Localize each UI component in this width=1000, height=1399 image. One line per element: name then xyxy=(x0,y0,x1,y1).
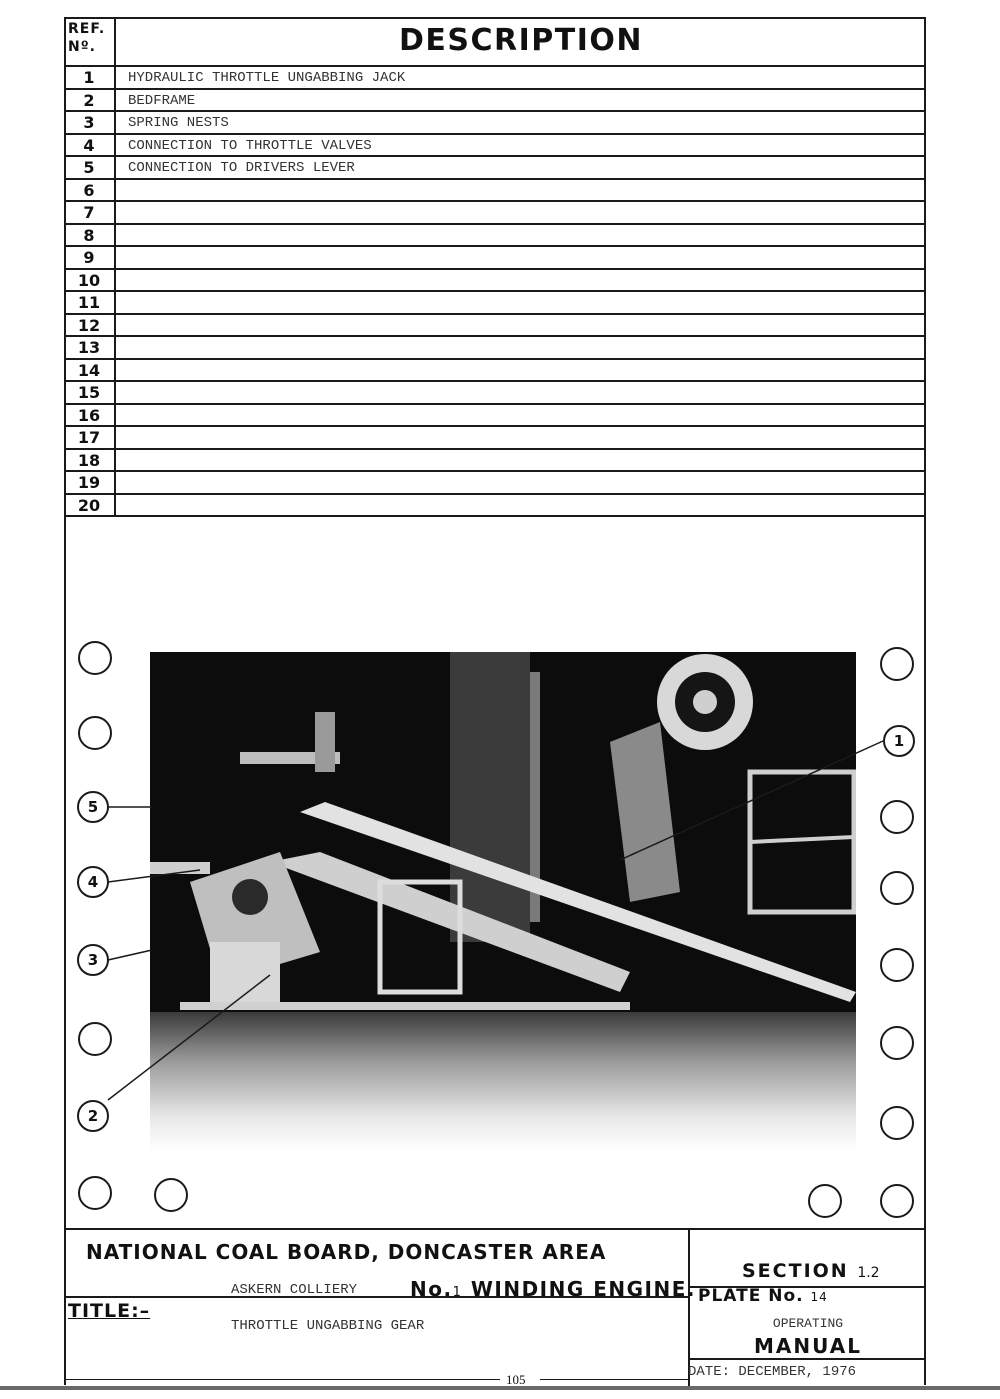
ref-number: 9 xyxy=(64,247,116,268)
ref-number: 19 xyxy=(64,472,116,493)
table-header: REF. Nº. DESCRIPTION xyxy=(64,17,926,67)
ref-number: 4 xyxy=(64,135,116,156)
ref-number: 6 xyxy=(64,180,116,201)
engine-number: 1 xyxy=(453,1285,463,1300)
ref-number: 10 xyxy=(64,270,116,291)
ref-number: 2 xyxy=(64,90,116,111)
punch-hole-icon xyxy=(880,1106,914,1140)
table-row: 10 xyxy=(64,270,926,293)
table-row: 8 xyxy=(64,225,926,248)
colliery-name: ASKERN COLLIERY xyxy=(231,1282,357,1298)
callout-1: 1 xyxy=(883,725,915,757)
ref-number: 11 xyxy=(64,292,116,313)
table-row: 20 xyxy=(64,495,926,518)
table-row: 5CONNECTION TO DRIVERS LEVER xyxy=(64,157,926,180)
punch-hole-icon xyxy=(880,647,914,681)
manual-label: MANUAL xyxy=(690,1334,926,1358)
section-number: 1.2 xyxy=(857,1265,879,1281)
plate-number: 14 xyxy=(811,1290,828,1304)
ref-no-header: REF. Nº. xyxy=(64,17,116,65)
page-edge xyxy=(0,1386,1000,1390)
ref-number: 14 xyxy=(64,360,116,381)
punch-hole-icon xyxy=(78,1022,112,1056)
punch-hole-icon xyxy=(880,948,914,982)
parts-table: REF. Nº. DESCRIPTION 1HYDRAULIC THROTTLE… xyxy=(64,17,926,517)
ref-number: 13 xyxy=(64,337,116,358)
punch-hole-icon xyxy=(880,800,914,834)
ref-number: 17 xyxy=(64,427,116,448)
title-label: TITLE:– xyxy=(68,1300,150,1322)
ref-number: 12 xyxy=(64,315,116,336)
date-label: DATE: DECEMBER, 1976 xyxy=(688,1364,856,1380)
callout-4: 4 xyxy=(77,866,109,898)
description-header: DESCRIPTION xyxy=(116,23,926,58)
ref-number: 16 xyxy=(64,405,116,426)
title-block: NATIONAL COAL BOARD, DONCASTER AREA ASKE… xyxy=(64,1228,926,1387)
punch-hole-icon xyxy=(78,716,112,750)
plate-label: PLATE No. 14 xyxy=(698,1286,828,1306)
table-row: 11 xyxy=(64,292,926,315)
ref-number: 18 xyxy=(64,450,116,471)
ref-number: 15 xyxy=(64,382,116,403)
table-row: 12 xyxy=(64,315,926,338)
ref-number: 3 xyxy=(64,112,116,133)
part-description: HYDRAULIC THROTTLE UNGABBING JACK xyxy=(128,67,405,89)
ref-number: 8 xyxy=(64,225,116,246)
organisation-name: NATIONAL COAL BOARD, DONCASTER AREA xyxy=(86,1240,606,1264)
manual-type: OPERATING xyxy=(690,1316,926,1331)
table-row: 18 xyxy=(64,450,926,473)
punch-hole-icon xyxy=(154,1178,188,1212)
part-description: BEDFRAME xyxy=(128,90,195,112)
table-row: 15 xyxy=(64,382,926,405)
callout-2: 2 xyxy=(77,1100,109,1132)
page-rule-left xyxy=(64,1379,500,1380)
table-row: 17 xyxy=(64,427,926,450)
floor-fade xyxy=(150,1012,856,1152)
punch-hole-icon xyxy=(78,641,112,675)
punch-hole-icon xyxy=(880,1184,914,1218)
title-value: THROTTLE UNGABBING GEAR xyxy=(231,1318,424,1334)
punch-hole-icon xyxy=(808,1184,842,1218)
table-row: 3SPRING NESTS xyxy=(64,112,926,135)
engine-prefix: No. xyxy=(410,1277,453,1301)
table-row: 4CONNECTION TO THROTTLE VALVES xyxy=(64,135,926,158)
section-label: SECTION 1.2 xyxy=(742,1260,880,1282)
punch-hole-icon xyxy=(78,1176,112,1210)
engine-label: No.1 WINDING ENGINE. xyxy=(410,1277,696,1301)
ref-number: 1 xyxy=(64,67,116,88)
machinery-photo xyxy=(150,652,856,1050)
section-text: SECTION xyxy=(742,1260,849,1282)
punch-hole-icon xyxy=(880,871,914,905)
engine-name: WINDING ENGINE. xyxy=(471,1277,696,1301)
ref-number: 7 xyxy=(64,202,116,223)
part-description: SPRING NESTS xyxy=(128,112,229,134)
table-row: 16 xyxy=(64,405,926,428)
table-row: 14 xyxy=(64,360,926,383)
punch-hole-icon xyxy=(880,1026,914,1060)
plate-text: PLATE No. xyxy=(698,1286,804,1306)
photograph xyxy=(150,652,856,1152)
table-row: 6 xyxy=(64,180,926,203)
part-description: CONNECTION TO DRIVERS LEVER xyxy=(128,157,355,179)
table-row: 2BEDFRAME xyxy=(64,90,926,113)
table-row: 7 xyxy=(64,202,926,225)
ref-number: 20 xyxy=(64,495,116,516)
table-row: 19 xyxy=(64,472,926,495)
ref-number: 5 xyxy=(64,157,116,178)
table-row: 9 xyxy=(64,247,926,270)
table-row: 13 xyxy=(64,337,926,360)
callout-5: 5 xyxy=(77,791,109,823)
page-rule-right xyxy=(540,1379,688,1380)
table-row: 1HYDRAULIC THROTTLE UNGABBING JACK xyxy=(64,67,926,90)
title-block-rule xyxy=(688,1358,926,1360)
part-description: CONNECTION TO THROTTLE VALVES xyxy=(128,135,372,157)
callout-3: 3 xyxy=(77,944,109,976)
